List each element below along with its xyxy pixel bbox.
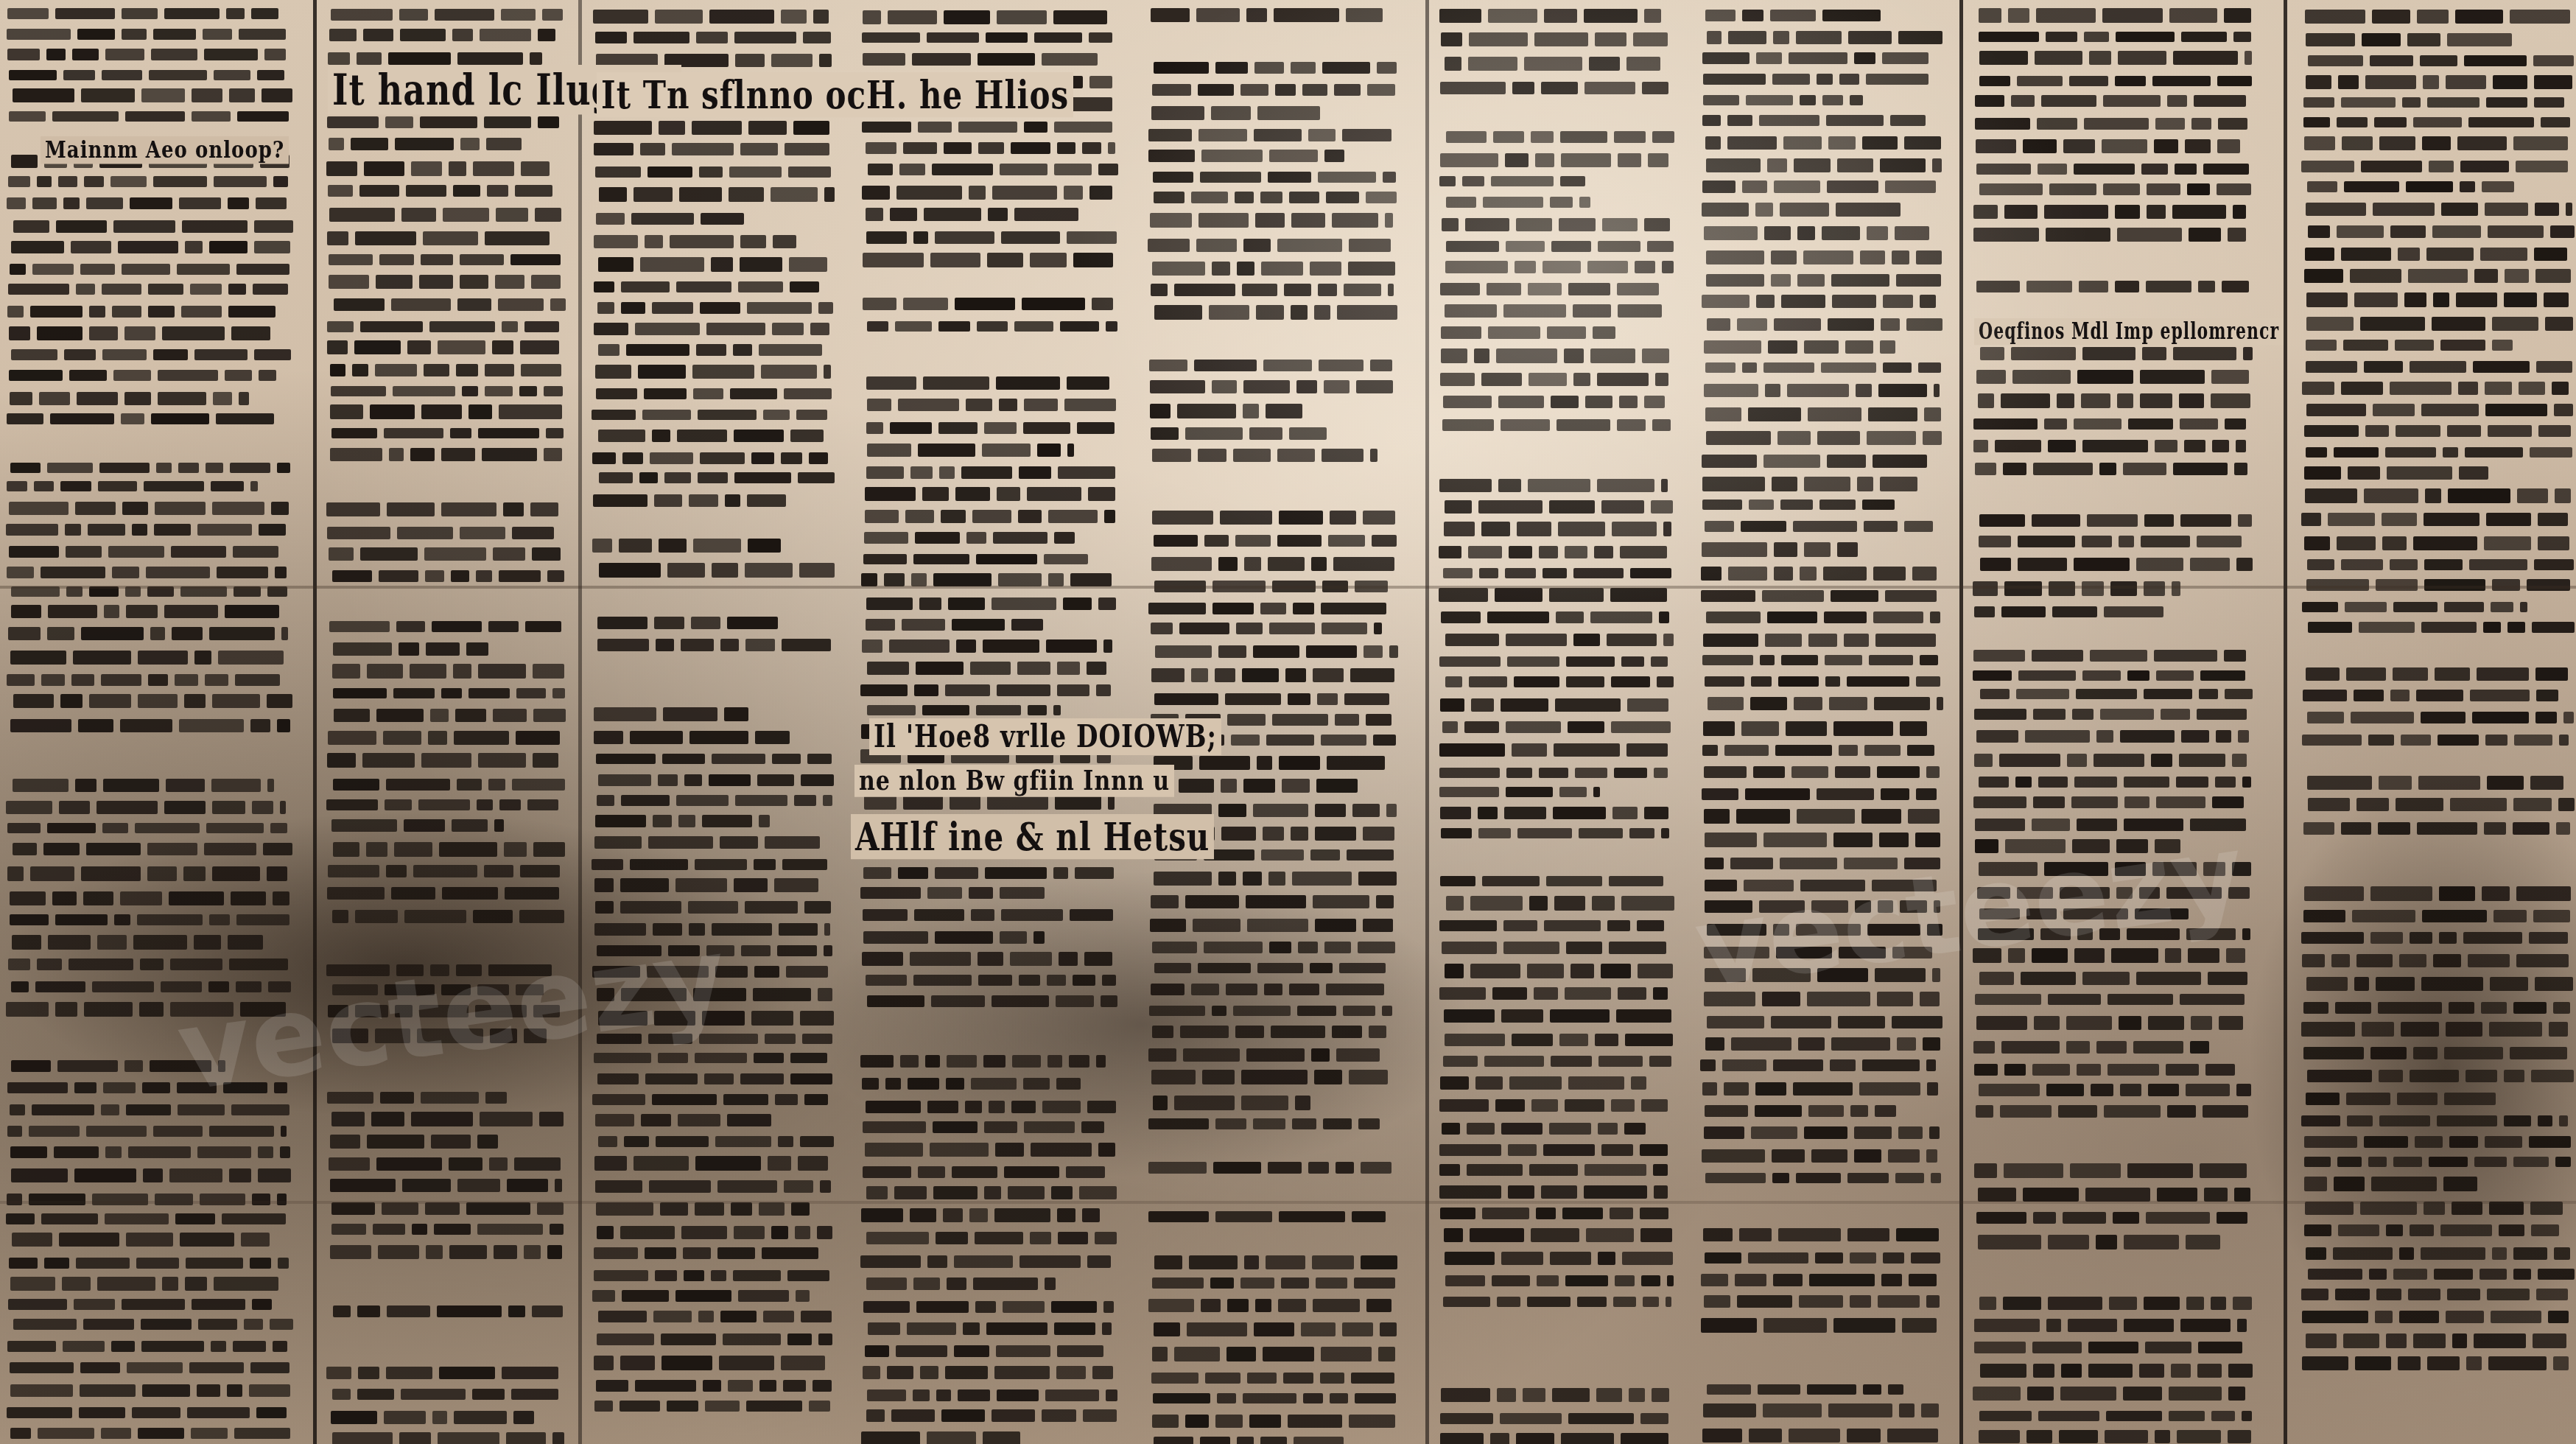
text-line xyxy=(863,1166,1105,1178)
text-line xyxy=(1441,32,1668,46)
text-line xyxy=(7,197,287,209)
text-line xyxy=(866,376,1109,390)
text-line xyxy=(330,364,561,376)
text-line xyxy=(1705,521,1933,532)
text-line xyxy=(327,753,559,768)
text-line xyxy=(1975,839,2180,853)
text-line xyxy=(1973,1387,2245,1401)
text-line xyxy=(2302,735,2569,746)
text-line xyxy=(594,323,829,335)
text-line xyxy=(1703,74,1928,85)
text-line xyxy=(864,796,1115,810)
text-line xyxy=(863,867,1114,879)
text-line xyxy=(865,487,1115,501)
text-line xyxy=(333,688,565,698)
text-line xyxy=(1154,963,1386,973)
text-line xyxy=(1445,500,1673,514)
text-line xyxy=(7,1341,287,1352)
text-line xyxy=(1702,203,1901,217)
text-line xyxy=(2303,1047,2567,1059)
text-line xyxy=(9,370,276,381)
text-line xyxy=(9,70,284,80)
text-line xyxy=(1980,1364,2253,1378)
text-line xyxy=(9,326,270,340)
text-line xyxy=(1440,82,1668,94)
text-line xyxy=(1976,1016,2243,1030)
text-line xyxy=(1442,218,1670,231)
text-line xyxy=(10,392,248,405)
text-line xyxy=(593,494,787,507)
text-line xyxy=(863,554,1088,564)
text-line xyxy=(867,995,1117,1007)
text-line xyxy=(595,167,831,178)
text-line xyxy=(2301,1289,2568,1300)
text-line xyxy=(11,1168,291,1182)
text-line xyxy=(1439,1164,1668,1176)
text-line xyxy=(10,1277,278,1291)
text-line xyxy=(866,142,1116,154)
text-line xyxy=(7,866,287,881)
text-line xyxy=(865,1143,1115,1157)
column-rule xyxy=(313,0,317,1444)
text-line xyxy=(597,1034,832,1044)
text-line xyxy=(7,49,287,60)
text-line xyxy=(328,865,560,877)
text-line xyxy=(13,88,292,102)
text-line xyxy=(1975,819,2246,831)
column-rule xyxy=(578,0,582,1444)
text-line xyxy=(2306,203,2572,216)
text-line xyxy=(2305,488,2572,503)
text-line xyxy=(2306,404,2573,416)
text-line xyxy=(1973,670,2245,681)
text-line xyxy=(329,29,555,41)
text-line xyxy=(331,1202,564,1215)
text-line xyxy=(1704,947,1933,958)
text-line xyxy=(333,842,565,857)
text-line xyxy=(2301,513,2568,526)
text-line xyxy=(326,161,550,176)
text-line xyxy=(1701,1318,1937,1333)
text-line xyxy=(595,901,831,914)
text-line xyxy=(1442,419,1671,431)
text-line xyxy=(1445,1275,1674,1286)
text-line xyxy=(866,1409,1117,1422)
text-line xyxy=(1973,796,2244,808)
text-line xyxy=(6,1213,286,1224)
text-line xyxy=(592,1290,809,1302)
text-line xyxy=(1707,31,1942,44)
text-line xyxy=(2303,910,2570,922)
text-line xyxy=(1151,984,1384,995)
text-line xyxy=(2302,382,2569,395)
text-line xyxy=(12,1233,270,1247)
text-line xyxy=(1704,992,1940,1006)
text-line xyxy=(1976,1105,2248,1118)
text-line xyxy=(329,547,561,561)
text-line xyxy=(862,122,1112,133)
text-line xyxy=(862,1078,1081,1090)
text-line xyxy=(329,275,561,289)
text-line xyxy=(2303,117,2570,127)
text-line xyxy=(1440,807,1668,819)
text-line xyxy=(1706,158,1942,172)
text-line xyxy=(1702,1082,1938,1096)
text-line xyxy=(1974,1342,2242,1353)
text-line xyxy=(1151,557,1394,571)
text-line xyxy=(598,430,824,442)
text-line xyxy=(597,795,832,806)
text-line xyxy=(2301,161,2568,172)
text-line xyxy=(2303,822,2570,835)
text-line xyxy=(1978,393,2250,408)
text-line xyxy=(598,1136,834,1147)
fold-line xyxy=(0,1201,2576,1204)
text-line xyxy=(598,774,834,786)
text-line xyxy=(1979,1430,2251,1443)
text-line xyxy=(2308,1269,2575,1280)
text-line xyxy=(2306,1247,2569,1260)
text-line xyxy=(1155,645,1398,658)
column-rule xyxy=(2284,0,2287,1444)
text-line xyxy=(861,573,1112,586)
text-line xyxy=(1439,1144,1668,1156)
text-line xyxy=(599,187,835,202)
text-line xyxy=(592,859,827,870)
text-line xyxy=(329,1157,561,1171)
text-line xyxy=(596,1202,810,1216)
text-line xyxy=(1705,833,1940,847)
text-line xyxy=(11,241,291,253)
text-line xyxy=(1439,920,1663,931)
text-line xyxy=(7,1126,287,1137)
text-line xyxy=(1440,283,1659,295)
newspaper-column-8 xyxy=(1967,0,2254,1444)
text-line xyxy=(2308,225,2575,238)
text-line xyxy=(11,981,291,992)
text-line xyxy=(2308,55,2574,66)
text-line xyxy=(2307,776,2563,790)
text-line xyxy=(2304,269,2571,283)
text-line xyxy=(13,220,293,233)
text-line xyxy=(10,1104,289,1115)
text-line xyxy=(1151,1373,1394,1384)
text-line xyxy=(10,1362,289,1373)
text-line xyxy=(866,466,1115,479)
text-line xyxy=(1974,1319,2247,1332)
text-line xyxy=(1440,1433,1668,1444)
text-line xyxy=(1702,745,1935,756)
text-line xyxy=(867,662,1106,675)
text-line xyxy=(1705,880,1937,891)
text-line xyxy=(594,878,818,892)
text-line xyxy=(331,386,563,396)
text-line xyxy=(598,1311,832,1322)
text-line xyxy=(7,823,287,833)
text-line xyxy=(6,801,286,814)
text-line xyxy=(1439,768,1668,778)
text-line xyxy=(1979,32,2251,42)
text-line xyxy=(1980,689,2253,699)
text-line xyxy=(1980,347,2253,360)
text-line xyxy=(1154,872,1397,886)
text-line xyxy=(1444,1228,1672,1242)
text-line xyxy=(597,1333,832,1345)
text-line xyxy=(2304,886,2571,901)
text-line xyxy=(1702,115,1926,126)
text-line xyxy=(594,1270,829,1281)
text-line xyxy=(1441,828,1669,838)
text-line xyxy=(1973,418,2246,430)
text-line xyxy=(1440,153,1668,167)
text-line xyxy=(1705,1037,1941,1051)
text-line xyxy=(1151,8,1383,22)
text-line xyxy=(1974,606,2163,617)
text-line xyxy=(1704,384,1940,397)
text-line xyxy=(866,975,1116,986)
text-line xyxy=(326,964,552,976)
text-line xyxy=(1441,348,1669,363)
text-line xyxy=(863,298,1113,310)
text-line xyxy=(1979,862,2251,876)
text-line xyxy=(1973,650,2246,662)
text-line xyxy=(329,254,561,265)
text-line xyxy=(1702,180,1937,193)
text-line xyxy=(7,1407,287,1418)
text-line xyxy=(1704,1295,1940,1308)
text-line xyxy=(1440,698,1668,712)
text-line xyxy=(2304,1177,2477,1191)
text-line xyxy=(1702,788,1937,800)
text-line xyxy=(597,945,832,956)
text-line xyxy=(596,213,744,225)
text-line xyxy=(1440,1076,1646,1090)
text-line xyxy=(594,1053,827,1063)
text-line xyxy=(2307,559,2574,570)
text-line xyxy=(1440,373,1668,386)
text-line xyxy=(1703,1228,1939,1241)
text-line xyxy=(594,121,829,135)
text-line xyxy=(2303,690,2558,701)
text-line xyxy=(1439,743,1668,757)
text-line xyxy=(2307,1070,2574,1082)
column-rule xyxy=(1425,0,1429,1444)
text-line xyxy=(1445,964,1673,978)
text-line xyxy=(1445,1252,1673,1265)
text-line xyxy=(1705,407,1941,421)
text-line xyxy=(1707,924,1942,936)
newspaper-column-1 xyxy=(0,0,295,1444)
text-line xyxy=(1702,542,1858,557)
text-line xyxy=(2307,181,2514,192)
text-line xyxy=(1705,900,1940,913)
text-line xyxy=(330,448,562,461)
text-line xyxy=(1443,1297,1671,1307)
text-line xyxy=(8,958,288,970)
text-line xyxy=(1702,52,1929,64)
text-line xyxy=(1151,895,1394,908)
headline: Il 'Hoe8 vrlle DOIOWB; xyxy=(869,718,1221,755)
text-line xyxy=(866,1186,1117,1199)
text-line xyxy=(2304,1157,2571,1167)
text-line xyxy=(861,1208,1100,1222)
text-line xyxy=(1702,455,1927,468)
text-line xyxy=(598,344,822,356)
text-line xyxy=(597,1073,832,1084)
text-line xyxy=(1978,1235,2221,1250)
text-line xyxy=(597,639,831,651)
text-line xyxy=(6,524,286,536)
text-line xyxy=(1703,1403,1939,1417)
text-line xyxy=(327,887,559,900)
text-line xyxy=(595,1180,831,1193)
text-line xyxy=(1444,522,1672,536)
text-line xyxy=(598,257,827,272)
text-line xyxy=(595,815,770,827)
text-line xyxy=(2303,97,2564,108)
text-line xyxy=(1148,150,1344,162)
text-line xyxy=(592,539,781,553)
text-line xyxy=(592,966,828,978)
text-line xyxy=(328,52,542,65)
text-line xyxy=(1979,183,2252,195)
text-line xyxy=(594,836,820,849)
text-line xyxy=(327,321,559,332)
text-line xyxy=(594,1356,825,1370)
text-line xyxy=(867,1389,1117,1401)
text-line xyxy=(332,570,564,582)
text-line xyxy=(1154,62,1397,74)
text-line xyxy=(2306,1093,2496,1105)
text-line xyxy=(2306,361,2572,373)
text-line xyxy=(1154,1255,1397,1269)
text-line xyxy=(2306,1333,2566,1348)
text-line xyxy=(1705,10,1881,21)
text-line xyxy=(1152,511,1395,525)
text-line xyxy=(333,779,565,791)
text-line xyxy=(1151,623,1382,634)
text-line xyxy=(862,186,1112,200)
text-line xyxy=(1704,809,1940,824)
text-line xyxy=(1440,1413,1668,1424)
text-line xyxy=(328,1005,560,1017)
text-line xyxy=(330,1135,498,1149)
text-line xyxy=(10,264,289,275)
text-line xyxy=(1150,380,1392,393)
text-line xyxy=(1976,730,2249,743)
text-line xyxy=(1439,479,1668,492)
text-line xyxy=(1701,1274,1937,1286)
text-line xyxy=(594,1247,818,1259)
newspaper-column-2 xyxy=(320,0,567,1444)
text-line xyxy=(13,843,292,855)
text-line xyxy=(1439,1099,1668,1112)
text-line xyxy=(594,281,819,292)
text-line xyxy=(1701,590,1937,602)
text-line xyxy=(1705,362,1941,373)
text-line xyxy=(1154,192,1397,203)
text-line xyxy=(1148,1162,1391,1174)
text-line xyxy=(10,651,284,665)
text-line xyxy=(1979,972,2247,985)
text-line xyxy=(866,619,1043,631)
text-line xyxy=(597,302,833,314)
text-line xyxy=(2301,1115,2568,1126)
text-line xyxy=(1979,777,2251,788)
text-line xyxy=(1441,326,1615,339)
text-line xyxy=(8,1299,272,1310)
text-line xyxy=(595,32,831,43)
text-line xyxy=(1973,1041,2209,1054)
text-line xyxy=(330,404,562,419)
text-line xyxy=(1153,1096,1310,1110)
text-line xyxy=(1976,164,2249,175)
text-line xyxy=(2305,10,2569,24)
text-line xyxy=(326,1367,558,1379)
text-line xyxy=(9,111,289,122)
text-line xyxy=(1973,440,2246,452)
text-line xyxy=(1440,1208,1668,1219)
text-line xyxy=(1705,1173,1941,1183)
text-line xyxy=(2302,1356,2569,1370)
fold-line xyxy=(0,586,2576,589)
text-line xyxy=(1148,1118,1380,1129)
text-line xyxy=(1154,1322,1397,1336)
text-line xyxy=(328,185,552,197)
text-line xyxy=(1976,139,2239,153)
text-line xyxy=(1148,603,1386,614)
text-line xyxy=(327,231,550,245)
text-line xyxy=(1152,1347,1395,1361)
text-line xyxy=(867,399,1116,411)
text-line xyxy=(2306,447,2572,458)
text-line xyxy=(2301,932,2568,944)
text-line xyxy=(1979,76,2252,86)
text-line xyxy=(327,340,559,354)
text-line xyxy=(326,799,558,810)
text-line xyxy=(330,1179,562,1192)
text-line xyxy=(330,1245,562,1259)
text-line xyxy=(7,306,275,318)
text-line xyxy=(1148,1299,1391,1312)
text-line xyxy=(327,527,555,539)
text-line xyxy=(863,1366,1113,1379)
text-line xyxy=(327,1092,506,1104)
text-line xyxy=(333,642,488,656)
text-line xyxy=(6,1002,286,1017)
text-line xyxy=(1974,1163,2247,1178)
text-line xyxy=(593,10,829,24)
text-line xyxy=(8,627,288,640)
text-line xyxy=(861,1431,1020,1444)
text-line xyxy=(10,914,289,925)
text-line xyxy=(7,674,279,686)
text-line xyxy=(1148,129,1391,141)
text-line xyxy=(1443,396,1664,408)
text-line xyxy=(866,1101,1116,1113)
text-line xyxy=(1445,676,1674,687)
text-line xyxy=(7,567,287,578)
text-line xyxy=(1975,95,2246,107)
text-line xyxy=(2301,1022,2568,1037)
text-line xyxy=(866,1277,1056,1290)
text-line xyxy=(7,481,257,491)
text-line xyxy=(332,910,564,923)
text-line xyxy=(9,546,278,558)
text-line xyxy=(2306,33,2512,46)
text-line xyxy=(1974,709,2247,720)
text-line xyxy=(1148,779,1358,793)
